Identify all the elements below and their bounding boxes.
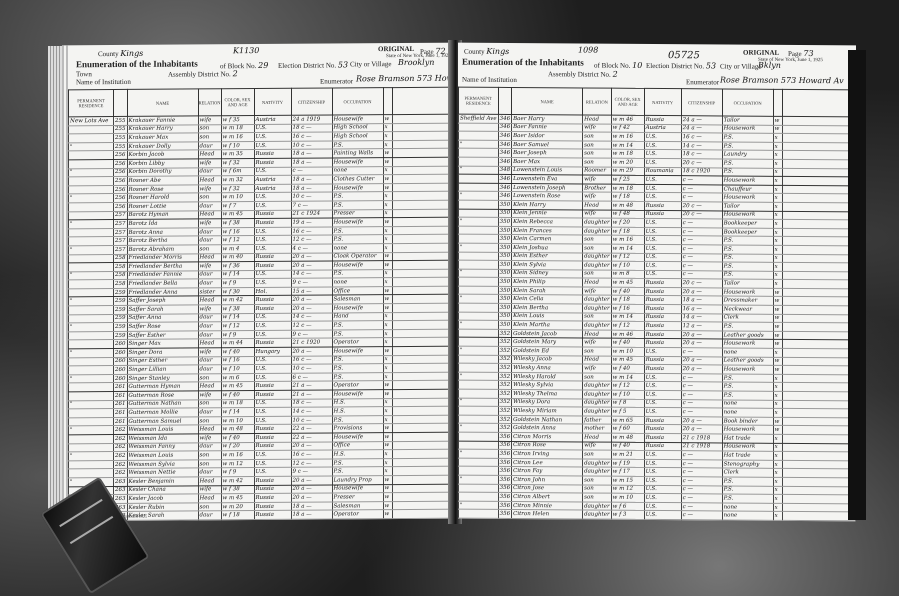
mark-cell: x bbox=[383, 209, 392, 218]
color-sex-age-cell: w m 18 bbox=[611, 150, 644, 159]
county-value: Kings bbox=[486, 47, 509, 56]
residence-cell bbox=[459, 183, 499, 192]
citizenship-cell: 18 a — bbox=[291, 502, 332, 511]
occupation-cell: Hat trade bbox=[722, 451, 773, 460]
residence-cell bbox=[69, 357, 114, 366]
nativity-cell: Russia bbox=[254, 442, 291, 451]
relation-cell: daughter bbox=[583, 502, 612, 511]
residence-cell bbox=[459, 381, 499, 390]
occupation-cell: P.S. bbox=[332, 329, 383, 338]
residence-cell bbox=[459, 260, 499, 269]
residence-cell bbox=[459, 509, 499, 518]
citizenship-cell: 16 c — bbox=[291, 356, 332, 365]
citizenship-cell: 16 c — bbox=[681, 133, 722, 142]
relation-cell: daughter bbox=[583, 295, 612, 304]
citizenship-cell: 12 c — bbox=[291, 235, 332, 244]
occupation-cell: P.S. bbox=[332, 372, 383, 381]
mark-cell: x bbox=[383, 458, 392, 467]
relation-cell: Head bbox=[583, 433, 612, 442]
color-sex-age-cell: w m 10 bbox=[221, 416, 254, 425]
mark-cell: w bbox=[773, 366, 782, 375]
color-sex-age-cell: w f 16 bbox=[221, 519, 254, 521]
occupation-cell: Housewife bbox=[332, 390, 383, 399]
mark-cell: x bbox=[773, 469, 782, 478]
relation-cell: Head bbox=[198, 210, 221, 219]
citizenship-cell: 15 a — bbox=[291, 287, 332, 296]
mark-cell: x bbox=[773, 219, 782, 228]
nativity-cell: U.S. bbox=[644, 468, 681, 477]
occupation-cell: Office bbox=[332, 519, 383, 522]
nativity-cell: U.S. bbox=[644, 227, 681, 236]
occupation-cell: H.S. bbox=[332, 407, 383, 416]
mark-cell: w bbox=[383, 476, 392, 485]
occupation-cell: Tailor bbox=[722, 279, 773, 288]
enumerator-label: Enumerator bbox=[686, 78, 719, 86]
col-occupation: OCCUPATION bbox=[722, 89, 773, 116]
house-number-cell: 350 bbox=[498, 209, 512, 218]
occupation-cell: Book binder bbox=[722, 417, 773, 426]
nativity-cell: Russia bbox=[254, 390, 291, 399]
mark-cell: w bbox=[383, 286, 392, 295]
house-number-cell: 261 bbox=[114, 417, 128, 426]
town-label: Town bbox=[76, 70, 92, 78]
relation-cell: son bbox=[583, 141, 612, 150]
relation-cell: Head bbox=[583, 356, 612, 365]
election-district-label: Election District No. bbox=[646, 62, 704, 70]
occupation-cell: Housewife bbox=[332, 347, 383, 356]
residence-cell bbox=[459, 277, 499, 286]
nativity-cell: U.S. bbox=[644, 184, 681, 193]
mark-cell: x bbox=[773, 512, 782, 521]
col-occupation: OCCUPATION bbox=[332, 88, 383, 115]
mark-cell: x bbox=[773, 245, 782, 254]
relation-cell: son bbox=[198, 193, 221, 202]
residence-cell bbox=[69, 434, 114, 443]
color-sex-age-cell: w f 10 bbox=[611, 261, 644, 270]
color-sex-age-cell: w m 45 bbox=[221, 494, 254, 503]
occupation-cell: High School bbox=[332, 123, 383, 132]
nativity-cell: Russia bbox=[644, 425, 681, 434]
house-number-cell: 346 bbox=[498, 140, 512, 149]
relation-cell: daughter bbox=[583, 304, 612, 313]
color-sex-age-cell: w f 38 bbox=[221, 305, 254, 314]
occupation-cell: Office bbox=[332, 287, 383, 296]
nativity-cell: U.S. bbox=[254, 244, 291, 253]
col-citizenship: CITIZENSHIP bbox=[291, 88, 332, 115]
nativity-cell: Russia bbox=[254, 339, 291, 348]
mark-cell: w bbox=[383, 149, 392, 158]
nativity-cell: Russia bbox=[644, 313, 681, 322]
col-house-no bbox=[498, 87, 512, 114]
residence-cell: " bbox=[459, 372, 499, 381]
relation-cell: daur bbox=[198, 356, 221, 365]
occupation-cell: H.S. bbox=[332, 398, 383, 407]
color-sex-age-cell: w f 18 bbox=[611, 193, 644, 202]
color-sex-age-cell: w f 30 bbox=[221, 287, 254, 296]
citizenship-cell: 22 a — bbox=[291, 424, 332, 433]
page-label: Page bbox=[788, 50, 802, 58]
residence-cell: " bbox=[69, 374, 114, 383]
occupation-cell: Cloak Operator bbox=[332, 252, 383, 261]
mark-cell: w bbox=[773, 116, 782, 125]
mark-cell: x bbox=[383, 312, 392, 321]
residence-cell: " bbox=[69, 142, 114, 151]
color-sex-age-cell: w f 48 bbox=[611, 210, 644, 219]
residence-cell bbox=[459, 458, 499, 467]
occupation-cell: P.S. bbox=[722, 494, 773, 503]
nativity-cell: U.S. bbox=[254, 236, 291, 245]
color-sex-age-cell: w m 14 bbox=[611, 313, 644, 322]
color-sex-age-cell: w f 14 bbox=[221, 313, 254, 322]
occupation-cell: Housework bbox=[722, 425, 773, 434]
citizenship-cell: 10 c — bbox=[291, 141, 332, 150]
residence-cell: " bbox=[69, 245, 114, 254]
residence-cell: " bbox=[69, 452, 114, 461]
relation-cell: son bbox=[198, 124, 221, 133]
mark-cell: x bbox=[773, 451, 782, 460]
residence-cell: New Lots Ave bbox=[69, 117, 114, 126]
mark-cell: x bbox=[383, 278, 392, 287]
residence-cell bbox=[69, 177, 114, 186]
occupation-cell: High School bbox=[332, 132, 383, 141]
mark-cell: x bbox=[773, 159, 782, 168]
house-number-cell: 262 bbox=[114, 452, 128, 461]
house-number-cell: 258 bbox=[114, 271, 128, 280]
mark-cell: x bbox=[773, 262, 782, 271]
citizenship-cell: 12 c — bbox=[291, 321, 332, 330]
mark-cell: w bbox=[773, 340, 782, 349]
residence-cell bbox=[69, 306, 114, 315]
nativity-cell: Russia bbox=[254, 304, 291, 313]
citizenship-cell: 24 a — bbox=[681, 116, 722, 125]
mark-cell: w bbox=[383, 493, 392, 502]
color-sex-age-cell: w f 18 bbox=[611, 227, 644, 236]
occupation-cell: P.S. bbox=[722, 168, 773, 177]
citizenship-cell: c — bbox=[681, 270, 722, 279]
color-sex-age-cell: w f 20 bbox=[221, 442, 254, 451]
nativity-cell: U.S. bbox=[254, 450, 291, 459]
residence-cell bbox=[459, 123, 499, 132]
citizenship-cell: c — bbox=[681, 494, 722, 503]
house-number-cell: 258 bbox=[114, 263, 128, 272]
house-number-cell: 346 bbox=[498, 114, 512, 123]
col-residence: PERMANENT RESIDENCE bbox=[69, 90, 114, 117]
citizenship-cell: 10 c — bbox=[291, 416, 332, 425]
mark-cell: x bbox=[773, 142, 782, 151]
residence-cell bbox=[69, 151, 114, 160]
house-number-cell: 261 bbox=[114, 383, 128, 392]
occupation-cell: P.S. bbox=[332, 140, 383, 149]
residence-cell bbox=[459, 329, 499, 338]
mark-cell: w bbox=[383, 261, 392, 270]
citizenship-cell: c — bbox=[681, 348, 722, 357]
citizenship-cell: c — bbox=[681, 391, 722, 400]
citizenship-cell: c — bbox=[291, 167, 332, 176]
citizenship-cell: 14 a — bbox=[681, 313, 722, 322]
mark-cell: x bbox=[383, 123, 392, 132]
citizenship-cell: 10 c — bbox=[291, 364, 332, 373]
color-sex-age-cell: w f 40 bbox=[611, 287, 644, 296]
occupation-cell: Housewife bbox=[332, 115, 383, 124]
page-edges-right bbox=[848, 50, 866, 520]
color-sex-age-cell: w m 16 bbox=[611, 235, 644, 244]
relation-cell: daughter bbox=[583, 467, 612, 476]
left-census-table: PERMANENT RESIDENCE NAME RELATION COLOR,… bbox=[68, 87, 460, 522]
residence-cell bbox=[69, 340, 114, 349]
mark-cell: x bbox=[773, 494, 782, 503]
occupation-cell: Leather goods bbox=[722, 357, 773, 366]
citizenship-cell: c — bbox=[681, 382, 722, 391]
relation-cell: wife bbox=[583, 338, 612, 347]
color-sex-age-cell: w f 38 bbox=[221, 219, 254, 228]
relation-cell: wife bbox=[198, 262, 221, 271]
relation-cell: Head bbox=[198, 150, 221, 159]
residence-cell bbox=[69, 211, 114, 220]
citizenship-cell: 14 c — bbox=[681, 141, 722, 150]
relation-cell: wife bbox=[198, 434, 221, 443]
house-number-cell: 352 bbox=[498, 338, 512, 347]
name-cell: Kesler Belle bbox=[127, 520, 198, 522]
occupation-cell: Neckwear bbox=[722, 305, 773, 314]
house-number-cell: 259 bbox=[114, 314, 128, 323]
residence-cell bbox=[459, 286, 499, 295]
mark-cell: w bbox=[383, 510, 392, 519]
color-sex-age-cell: w m 6 bbox=[221, 373, 254, 382]
mark-cell: x bbox=[773, 168, 782, 177]
occupation-cell: Housework bbox=[722, 210, 773, 219]
color-sex-age-cell: w f 12 bbox=[611, 382, 644, 391]
residence-cell bbox=[459, 303, 499, 312]
nativity-cell: U.S. bbox=[644, 451, 681, 460]
occupation-cell: Housewife bbox=[332, 183, 383, 192]
mark-cell: x bbox=[773, 383, 782, 392]
nativity-cell: U.S. bbox=[644, 141, 681, 150]
citizenship-cell: 24 a — bbox=[681, 124, 722, 133]
right-census-table: PERMANENT RESIDENCE NAME RELATION COLOR,… bbox=[458, 87, 856, 522]
residence-cell bbox=[459, 131, 499, 140]
house-number-cell: 350 bbox=[498, 226, 512, 235]
mark-cell: x bbox=[773, 151, 782, 160]
nativity-cell: U.S. bbox=[254, 201, 291, 210]
house-number-cell: 350 bbox=[498, 278, 512, 287]
house-number-cell: 261 bbox=[114, 400, 128, 409]
residence-cell bbox=[459, 355, 499, 364]
occupation-cell: Operator bbox=[332, 381, 383, 390]
relation-cell: son bbox=[198, 460, 221, 469]
residence-cell bbox=[69, 409, 114, 418]
nativity-cell: U.S. bbox=[644, 262, 681, 271]
residence-cell bbox=[69, 443, 114, 452]
citizenship-cell: 14 c — bbox=[291, 270, 332, 279]
mark-cell: w bbox=[773, 426, 782, 435]
occupation-cell: P.S. bbox=[332, 269, 383, 278]
mark-cell: x bbox=[383, 166, 392, 175]
original-label: ORIGINAL bbox=[378, 45, 414, 53]
nativity-cell: U.S. bbox=[254, 416, 291, 425]
nativity-cell: U.S. bbox=[644, 408, 681, 417]
citizenship-cell: c — bbox=[681, 511, 722, 520]
nativity-cell: Russia bbox=[254, 218, 291, 227]
nativity-cell: U.S. bbox=[644, 382, 681, 391]
citizenship-cell: 7 c — bbox=[291, 201, 332, 210]
house-number-cell: 350 bbox=[498, 286, 512, 295]
mark-cell: x bbox=[773, 434, 782, 443]
color-sex-age-cell: w m 8 bbox=[611, 270, 644, 279]
nativity-cell: Austria bbox=[254, 115, 291, 124]
citizenship-cell: 20 a — bbox=[291, 295, 332, 304]
col-name: NAME bbox=[512, 87, 583, 114]
color-sex-age-cell: w f 40 bbox=[221, 434, 254, 443]
nativity-cell: U.S. bbox=[644, 399, 681, 408]
house-number-cell: 262 bbox=[114, 426, 128, 435]
relation-cell: Head bbox=[198, 176, 221, 185]
nativity-cell: Russia bbox=[644, 210, 681, 219]
relation-cell: Head bbox=[198, 425, 221, 434]
citizenship-cell: 14 c — bbox=[291, 407, 332, 416]
color-sex-age-cell: w m 12 bbox=[221, 459, 254, 468]
nativity-cell: Russia bbox=[254, 511, 291, 520]
mark-cell: x bbox=[383, 235, 392, 244]
relation-cell: sister bbox=[198, 288, 221, 297]
nativity-cell: Russia bbox=[254, 502, 291, 511]
color-sex-age-cell: w m 20 bbox=[611, 158, 644, 167]
occupation-cell: P.S. bbox=[722, 374, 773, 383]
census-ledger: County Kings K1130 ORIGINAL Page 72 Stat… bbox=[48, 36, 868, 526]
nativity-cell: U.S. bbox=[254, 279, 291, 288]
relation-cell: father bbox=[583, 416, 612, 425]
residence-cell bbox=[69, 288, 114, 297]
house-number-cell: 260 bbox=[114, 357, 128, 366]
election-district-value: 53 bbox=[338, 60, 348, 69]
citizenship-cell: c — bbox=[681, 468, 722, 477]
mark-cell: x bbox=[773, 460, 782, 469]
relation-cell: daur bbox=[198, 227, 221, 236]
citizenship-cell: 20 a — bbox=[291, 493, 332, 502]
residence-cell bbox=[459, 234, 499, 243]
citizenship-cell: 18 c — bbox=[681, 150, 722, 159]
occupation-cell: Salesman bbox=[332, 501, 383, 510]
color-sex-age-cell: w f 16 bbox=[221, 356, 254, 365]
relation-cell: mother bbox=[583, 424, 612, 433]
occupation-cell: P.S. bbox=[722, 391, 773, 400]
enumerator-value: Rose Bramson 573 Howard bbox=[356, 74, 460, 84]
left-page-header: County Kings K1130 ORIGINAL Page 72 Stat… bbox=[68, 43, 460, 90]
residence-cell bbox=[69, 383, 114, 392]
citizenship-cell: 18 a — bbox=[291, 158, 332, 167]
mark-cell: w bbox=[773, 520, 782, 521]
citizenship-cell: c — bbox=[681, 193, 722, 202]
citizenship-cell: 20 a — bbox=[291, 442, 332, 451]
citizenship-cell: 18 a — bbox=[291, 149, 332, 158]
nativity-cell: Russia bbox=[254, 485, 291, 494]
occupation-cell: Leather goods bbox=[722, 331, 773, 340]
nativity-cell: U.S. bbox=[644, 511, 681, 520]
nativity-cell: U.S. bbox=[644, 476, 681, 485]
occupation-cell: Hat trade bbox=[722, 434, 773, 443]
house-number-cell: 260 bbox=[114, 340, 128, 349]
residence-cell bbox=[69, 469, 114, 478]
nativity-cell: U.S. bbox=[254, 468, 291, 477]
house-number-cell: 346 bbox=[498, 123, 512, 132]
residence-cell bbox=[69, 263, 114, 272]
occupation-cell: Clerk bbox=[722, 314, 773, 323]
relation-cell: Head bbox=[198, 296, 221, 305]
relation-cell: son bbox=[583, 313, 612, 322]
enumerator-value: Rose Bramson 573 Howard Av bbox=[720, 75, 844, 85]
nativity-cell: U.S. bbox=[644, 176, 681, 185]
assembly-value: 2 bbox=[613, 70, 618, 79]
color-sex-age-cell: w m 18 bbox=[221, 124, 254, 133]
stamp-number: K1130 bbox=[233, 46, 259, 55]
relation-cell: son bbox=[583, 347, 612, 356]
citizenship-cell: 20 a — bbox=[681, 331, 722, 340]
mark-cell: w bbox=[383, 390, 392, 399]
color-sex-age-cell: w m 14 bbox=[611, 141, 644, 150]
mark-cell: x bbox=[773, 400, 782, 409]
residence-cell: " bbox=[69, 426, 114, 435]
right-table-body: Sheffield Ave346Baer HarryHeadw m 46Russ… bbox=[459, 114, 856, 521]
occupation-cell: none bbox=[332, 244, 383, 253]
house-number-cell: 352 bbox=[498, 355, 512, 364]
occupation-cell: Operator bbox=[332, 338, 383, 347]
residence-cell: " bbox=[459, 166, 499, 175]
relation-cell: son bbox=[583, 158, 612, 167]
relation-cell: wife bbox=[198, 348, 221, 357]
occupation-cell: none bbox=[722, 408, 773, 417]
citizenship-cell: 18 c 1920 bbox=[681, 167, 722, 176]
residence-cell bbox=[69, 228, 114, 237]
page-title: Enumeration of the Inhabitants bbox=[76, 58, 198, 69]
occupation-cell: Tailor bbox=[722, 202, 773, 211]
citizenship-cell: 16 a — bbox=[291, 519, 332, 521]
mark-cell: x bbox=[773, 374, 782, 383]
page-number: 73 bbox=[803, 49, 813, 58]
mark-cell: x bbox=[383, 201, 392, 210]
mark-cell: x bbox=[773, 194, 782, 203]
nativity-cell: U.S. bbox=[644, 253, 681, 262]
block-number: 10 bbox=[632, 61, 642, 70]
mark-cell: w bbox=[383, 218, 392, 227]
citizenship-cell: 4 c — bbox=[291, 244, 332, 253]
occupation-cell: none bbox=[722, 400, 773, 409]
nativity-cell: Russia bbox=[644, 356, 681, 365]
institution-label: Name of Institution bbox=[76, 78, 131, 86]
mark-cell: x bbox=[773, 254, 782, 263]
occupation-cell: P.S. bbox=[722, 236, 773, 245]
nativity-cell: Russia bbox=[254, 158, 291, 167]
occupation-cell: Housework bbox=[722, 176, 773, 185]
relation-cell: son bbox=[583, 244, 612, 253]
citizenship-cell: 9 c — bbox=[291, 330, 332, 339]
nativity-cell: U.S. bbox=[644, 270, 681, 279]
residence-cell bbox=[69, 134, 114, 143]
relation-cell: wife bbox=[198, 485, 221, 494]
occupation-cell: P.S. bbox=[722, 477, 773, 486]
nativity-cell: Russia bbox=[644, 416, 681, 425]
occupation-cell: Tailor bbox=[722, 116, 773, 125]
col-color-sex-age: COLOR, SEX AND AGE bbox=[221, 89, 254, 116]
color-sex-age-cell: w m 18 bbox=[221, 399, 254, 408]
mark-cell: x bbox=[383, 269, 392, 278]
color-sex-age-cell: w f 12 bbox=[611, 321, 644, 330]
block-label: of Block No. bbox=[594, 62, 630, 70]
election-district-value: 53 bbox=[706, 61, 716, 70]
citizenship-cell: c — bbox=[681, 485, 722, 494]
nativity-cell: U.S. bbox=[254, 167, 291, 176]
mark-cell: w bbox=[383, 252, 392, 261]
occupation-cell: P.S. bbox=[722, 159, 773, 168]
assembly-label: Assembly District No. bbox=[168, 70, 231, 78]
